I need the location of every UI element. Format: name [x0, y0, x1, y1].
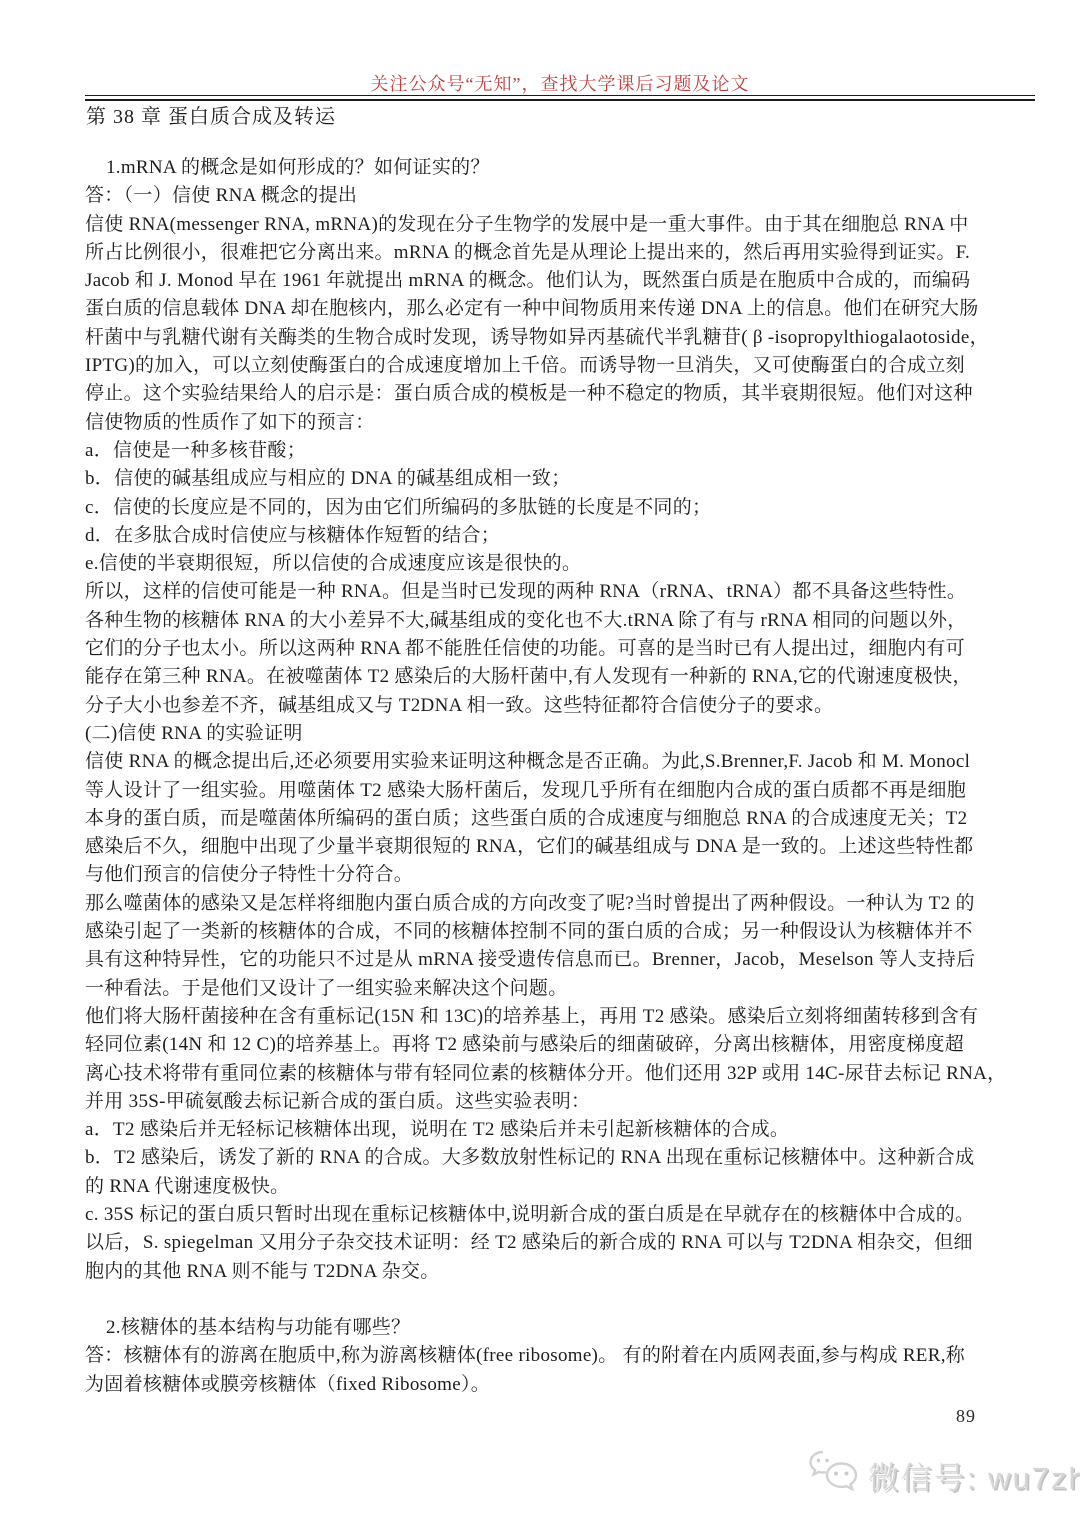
promo-header-text: 关注公众号“无知”，查找大学课后习题及论文 — [85, 73, 1035, 95]
header-divider — [85, 95, 1035, 101]
text-line: 并用 35S-甲硫氨酸去标记新合成的蛋白质。这些实验表明： — [85, 1088, 1045, 1116]
text-line: 与他们预言的信使分子特性十分符合。 — [85, 861, 1045, 889]
text-line: e.信使的半衰期很短，所以信使的合成速度应该是很快的。 — [85, 550, 1045, 578]
text-line: 1.mRNA 的概念是如何形成的？如何证实的？ — [85, 154, 1045, 182]
text-line: 那么噬菌体的感染又是怎样将细胞内蛋白质合成的方向改变了呢?当时曾提出了两种假设。… — [85, 890, 1045, 918]
blank-line — [85, 1286, 1045, 1314]
text-line: 答：核糖体有的游离在胞质中,称为游离核糖体(free ribosome)。 有的… — [85, 1342, 1045, 1370]
text-line: 蛋白质的信息载体 DNA 却在胞核内，那么必定有一种中间物质用来传递 DNA 上… — [85, 295, 1045, 323]
wechat-icon — [808, 1450, 860, 1501]
text-line: 2.核糖体的基本结构与功能有哪些？ — [85, 1314, 1045, 1342]
text-line: 各种生物的核糖体 RNA 的大小差异不大,碱基组成的变化也不大.tRNA 除了有… — [85, 607, 1045, 635]
text-line: c．信使的长度应是不同的，因为由它们所编码的多肽链的长度是不同的； — [85, 494, 1045, 522]
text-line: 所占比例很小，很难把它分离出来。mRNA 的概念首先是从理论上提出来的，然后再用… — [85, 239, 1045, 267]
text-line: 信使 RNA(messenger RNA, mRNA)的发现在分子生物学的发展中… — [85, 211, 1045, 239]
text-line: 以后，S. spiegelman 又用分子杂交技术证明：经 T2 感染后的新合成… — [85, 1229, 1045, 1257]
text-line: 胞内的其他 RNA 则不能与 T2DNA 杂交。 — [85, 1258, 1045, 1286]
text-line: 他们将大肠杆菌接种在含有重标记(15N 和 13C)的培养基上，再用 T2 感染… — [85, 1003, 1045, 1031]
text-line: 分子大小也参差不齐，碱基组成又与 T2DNA 相一致。这些特征都符合信使分子的要… — [85, 692, 1045, 720]
text-line: 感染引起了一类新的核糖体的合成，不同的核糖体控制不同的蛋白质的合成；另一种假设认… — [85, 918, 1045, 946]
text-line: 的 RNA 代谢速度极快。 — [85, 1173, 1045, 1201]
text-line: 具有这种特异性，它的功能只不过是从 mRNA 接受遗传信息而已。Brenner，… — [85, 946, 1045, 974]
text-line: 为固着核糖体或膜旁核糖体（fixed Ribosome）。 — [85, 1371, 1045, 1399]
page-number: 89 — [956, 1406, 976, 1427]
text-line: a．T2 感染后并无轻标记核糖体出现，说明在 T2 感染后并未引起新核糖体的合成… — [85, 1116, 1045, 1144]
text-line: 杆菌中与乳糖代谢有关酶类的生物合成时发现，诱导物如异丙基硫代半乳糖苷( β -i… — [85, 324, 1045, 352]
text-line: 停止。这个实验结果给人的启示是：蛋白质合成的模板是一种不稳定的物质，其半衰期很短… — [85, 380, 1045, 408]
wechat-watermark: 微信号: wu7zhi — [808, 1450, 1080, 1501]
document-page: 关注公众号“无知”，查找大学课后习题及论文 第 38 章 蛋白质合成及转运 1.… — [0, 0, 1080, 1527]
text-line: a．信使是一种多核苷酸； — [85, 437, 1045, 465]
text-line: 本身的蛋白质，而是噬菌体所编码的蛋白质；这些蛋白质的合成速度与细胞总 RNA 的… — [85, 805, 1045, 833]
text-line: (二)信使 RNA 的实验证明 — [85, 720, 1045, 748]
text-line: 信使物质的性质作了如下的预言： — [85, 409, 1045, 437]
text-line: Jacob 和 J. Monod 早在 1961 年就提出 mRNA 的概念。他… — [85, 267, 1045, 295]
text-line: 所以，这样的信使可能是一种 RNA。但是当时已发现的两种 RNA（rRNA、tR… — [85, 578, 1045, 606]
text-line: 轻同位素(14N 和 12 C)的培养基上。再将 T2 感染前与感染后的细菌破碎… — [85, 1031, 1045, 1059]
watermark-label: 微信号: wu7zhi — [868, 1453, 1080, 1498]
text-line: 能存在第三种 RNA。在被噬菌体 T2 感染后的大肠杆菌中,有人发现有一种新的 … — [85, 663, 1045, 691]
text-line: 感染后不久，细胞中出现了少量半衰期很短的 RNA，它们的碱基组成与 DNA 是一… — [85, 833, 1045, 861]
text-line: d．在多肽合成时信使应与核糖体作短暂的结合； — [85, 522, 1045, 550]
text-line: 等人设计了一组实验。用噬菌体 T2 感染大肠杆菌后，发现几乎所有在细胞内合成的蛋… — [85, 777, 1045, 805]
chapter-title: 第 38 章 蛋白质合成及转运 — [86, 104, 336, 130]
text-line: c. 35S 标记的蛋白质只暂时出现在重标记核糖体中,说明新合成的蛋白质是在早就… — [85, 1201, 1045, 1229]
text-line: 它们的分子也太小。所以这两种 RNA 都不能胜任信使的功能。可喜的是当时已有人提… — [85, 635, 1045, 663]
text-line: 信使 RNA 的概念提出后,还必须要用实验来证明这种概念是否正确。为此,S.Br… — [85, 748, 1045, 776]
text-line: 答：（一）信使 RNA 概念的提出 — [85, 182, 1045, 210]
document-body: 1.mRNA 的概念是如何形成的？如何证实的？答：（一）信使 RNA 概念的提出… — [85, 154, 1045, 1399]
text-line: IPTG)的加入，可以立刻使酶蛋白的合成速度增加上千倍。而诱导物一旦消失，又可使… — [85, 352, 1045, 380]
text-line: 一种看法。于是他们又设计了一组实验来解决这个问题。 — [85, 975, 1045, 1003]
text-line: 离心技术将带有重同位素的核糖体与带有轻同位素的核糖体分开。他们还用 32P 或用… — [85, 1060, 1045, 1088]
text-line: b．T2 感染后，诱发了新的 RNA 的合成。大多数放射性标记的 RNA 出现在… — [85, 1144, 1045, 1172]
text-line: b．信使的碱基组成应与相应的 DNA 的碱基组成相一致； — [85, 465, 1045, 493]
